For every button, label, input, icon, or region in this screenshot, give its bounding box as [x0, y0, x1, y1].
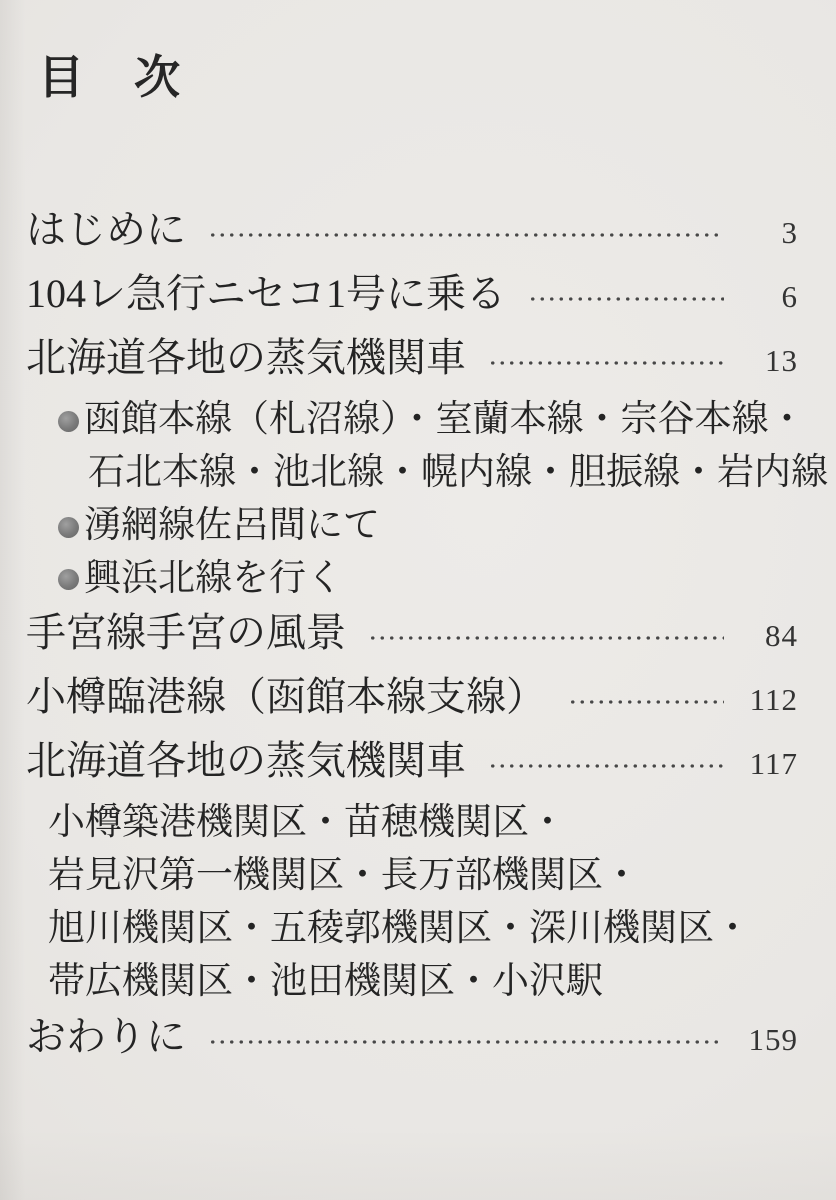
toc-entry-page: 159 — [740, 1024, 798, 1057]
toc-entry: はじめに 3 — [26, 209, 798, 251]
toc-subentry-text: 帯広機関区・池田機関区・小沢駅 — [48, 963, 603, 1002]
toc-entry-title: 104レ急行ニセコ1号に乗る — [26, 273, 506, 315]
dot-leader — [368, 634, 724, 642]
bullet-icon — [58, 517, 79, 538]
toc-subentry: 旭川機関区・五稜郭機関区・深川機関区・ — [26, 910, 798, 949]
book-toc-page: 目 次 はじめに 3 104レ急行ニセコ1号に乗る 6 北海道各地の蒸気機関車 … — [0, 0, 836, 1200]
toc-entry-page: 3 — [740, 217, 798, 250]
toc-subentry-continuation: 石北本線・池北線・幌内線・胆振線・岩内線 — [26, 454, 798, 493]
toc-list: はじめに 3 104レ急行ニセコ1号に乗る 6 北海道各地の蒸気機関車 13 函… — [26, 209, 798, 1058]
toc-entry: 手宮線手宮の風景 84 — [26, 612, 798, 654]
toc-entry: おわりに 159 — [26, 1016, 798, 1058]
toc-subentry-text: 岩見沢第一機関区・長万部機関区・ — [48, 857, 640, 896]
toc-entry-title: 北海道各地の蒸気機関車 — [26, 337, 466, 379]
toc-entry-title: 手宮線手宮の風景 — [26, 612, 346, 654]
toc-subentry-text: 函館本線（札沼線）・室蘭本線・宗谷本線・ — [84, 401, 806, 440]
toc-entry: 北海道各地の蒸気機関車 13 — [26, 337, 798, 379]
toc-entry-title: 小樽臨港線（函館本線支線） — [26, 676, 546, 718]
bullet-icon — [58, 569, 79, 590]
toc-subentry: 帯広機関区・池田機関区・小沢駅 — [26, 963, 798, 1002]
dot-leader — [488, 359, 724, 367]
toc-entry: 104レ急行ニセコ1号に乗る 6 — [26, 273, 798, 315]
toc-entry-page: 84 — [740, 620, 798, 653]
toc-entry: 小樽臨港線（函館本線支線） 112 — [26, 676, 798, 718]
dot-leader — [208, 231, 724, 239]
toc-subentry: 小樽築港機関区・苗穂機関区・ — [26, 804, 798, 843]
toc-subentry-text: 興浜北線を行く — [84, 560, 343, 599]
page-title: 目 次 — [38, 55, 798, 101]
toc-entry-page: 6 — [740, 281, 798, 314]
toc-entry-page: 117 — [740, 748, 798, 781]
toc-entry-title: おわりに — [26, 1016, 186, 1058]
toc-subentry: 興浜北線を行く — [26, 560, 798, 599]
dot-leader — [568, 698, 724, 706]
bullet-icon — [58, 411, 79, 432]
toc-subentry: 湧網線佐呂間にて — [26, 507, 798, 546]
dot-leader — [488, 762, 724, 770]
toc-subentry: 岩見沢第一機関区・長万部機関区・ — [26, 857, 798, 896]
toc-subentry-text: 石北本線・池北線・幌内線・胆振線・岩内線 — [88, 454, 828, 493]
toc-entry-title: はじめに — [26, 209, 186, 251]
toc-entry-page: 112 — [740, 684, 798, 717]
toc-entry-title: 北海道各地の蒸気機関車 — [26, 740, 466, 782]
toc-entry-page: 13 — [740, 345, 798, 378]
dot-leader — [208, 1038, 724, 1046]
toc-subentry: 函館本線（札沼線）・室蘭本線・宗谷本線・ — [26, 401, 798, 440]
dot-leader — [528, 295, 724, 303]
toc-entry: 北海道各地の蒸気機関車 117 — [26, 740, 798, 782]
toc-subentry-text: 旭川機関区・五稜郭機関区・深川機関区・ — [48, 910, 751, 949]
toc-subentry-text: 湧網線佐呂間にて — [84, 507, 380, 546]
toc-subentry-text: 小樽築港機関区・苗穂機関区・ — [48, 804, 566, 843]
